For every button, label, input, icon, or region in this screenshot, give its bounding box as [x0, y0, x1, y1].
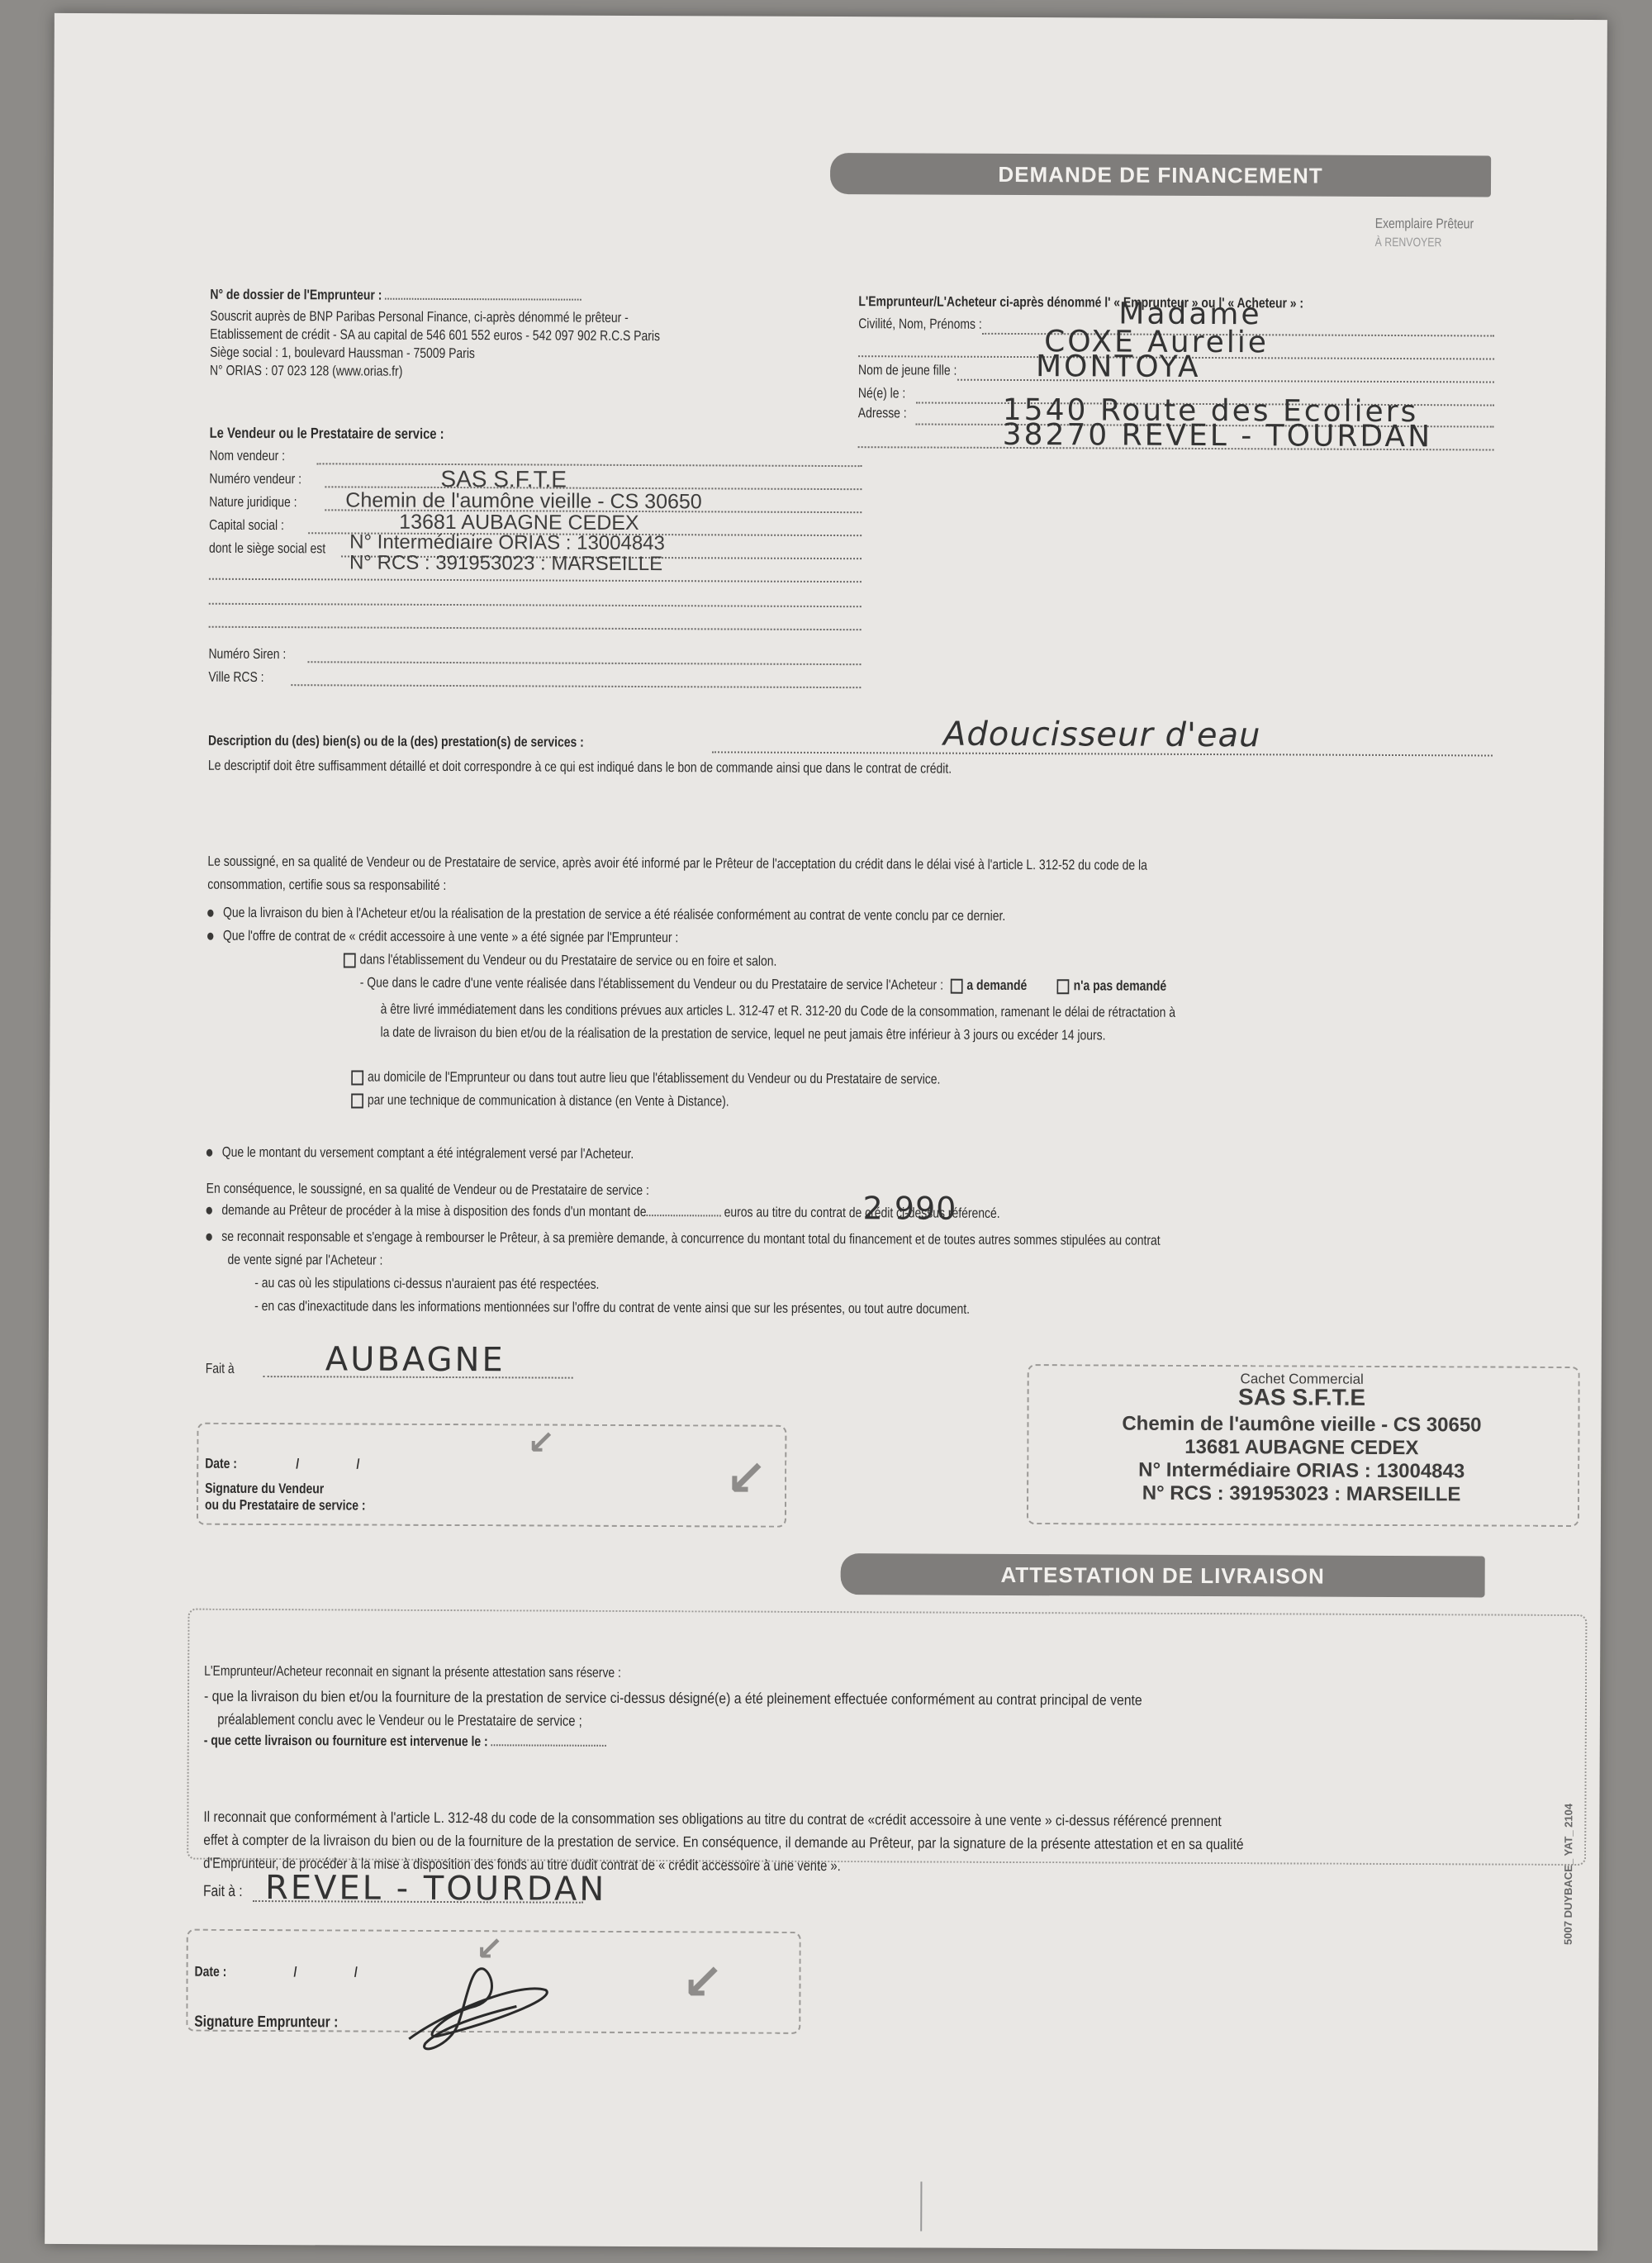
address-line2-value: 38270 REVEL - TOURDAN — [1003, 418, 1433, 454]
description-label: Description du (des) bien(s) ou de la (d… — [208, 733, 584, 751]
stamp-line-1: Chemin de l'aumône vieille - CS 30650 — [1027, 1412, 1576, 1438]
option-establishment: dans l'établissement du Vendeur ou du Pr… — [344, 951, 777, 969]
certification-bullet-payment: Que le montant du versement comptant a é… — [206, 1144, 634, 1162]
fold-mark — [920, 2182, 922, 2232]
copy-label: Exemplaire Prêteur — [1375, 216, 1474, 233]
delivery-date-label: Date : — [195, 1964, 227, 1980]
stamp-line-3: N° Intermédiaire ORIAS : 13004843 — [1027, 1458, 1576, 1484]
stamp-line-4: N° RCS : 391953023 : MARSEILLE — [1027, 1481, 1576, 1507]
delivery-title: ATTESTATION DE LIVRAISON — [1000, 1562, 1324, 1589]
checkbox-establishment[interactable] — [344, 953, 356, 967]
seller-date-value: / / — [296, 1456, 387, 1472]
sub-delivery-request: - Que dans le cadre d'une vente réalisée… — [360, 975, 1166, 995]
delivery-banner: ATTESTATION DE LIVRAISON — [841, 1553, 1485, 1597]
sign-here-arrow-icon: ↙ — [725, 1449, 767, 1507]
sign-here-arrow-icon: ↙ — [681, 1953, 724, 2011]
stamp-line-2: 13681 AUBAGNE CEDEX — [1027, 1435, 1576, 1461]
consequence-text: En conséquence, le soussigné, en sa qual… — [206, 1181, 649, 1199]
certification-intro: Le soussigné, en sa qualité de Vendeur o… — [207, 850, 1147, 901]
delivery-place-value: REVEL - TOURDAN — [265, 1869, 606, 1909]
seller-heading: Le Vendeur ou le Prestataire de service … — [210, 425, 444, 443]
delivery-item-1: - que la livraison du bien et/ou la four… — [204, 1685, 1081, 1735]
seller-rcs-value: N° RCS : 391953023 : MARSEILLE — [349, 551, 662, 576]
delivery-intro: L'Emprunteur/Acheteur reconnait en signa… — [204, 1663, 621, 1681]
document-title: DEMANDE DE FINANCEMENT — [998, 161, 1322, 188]
maiden-name-value: MONTOYA — [1036, 349, 1201, 384]
delivery-paragraph: Il reconnait que conformément à l'articl… — [203, 1805, 1194, 1879]
amount-value: 2 990 — [863, 1190, 957, 1226]
title-banner: DEMANDE DE FINANCEMENT — [830, 153, 1491, 197]
dossier-label: N° de dossier de l'Emprunteur : — [210, 287, 582, 305]
sign-here-arrow-icon: ↙ — [527, 1424, 555, 1462]
document-page: DEMANDE DE FINANCEMENT Exemplaire Prêteu… — [45, 13, 1607, 2251]
borrower-signature-label: Signature Emprunteur : — [194, 2013, 338, 2032]
seller-place-label: Fait à — [206, 1361, 235, 1377]
checkbox-asked[interactable] — [951, 978, 963, 993]
delivery-place-label: Fait à : — [203, 1883, 243, 1901]
delivery-item-2: - que cette livraison ou fourniture est … — [204, 1733, 606, 1751]
description-value: Adoucisseur d'eau — [943, 716, 1261, 755]
description-note: Le descriptif doit être suffisamment dét… — [208, 758, 952, 777]
responsibility-text: se reconnait responsable et s'engage à r… — [206, 1225, 1161, 1322]
seller-date-label: Date : — [205, 1456, 237, 1472]
seller-place-value: AUBAGNE — [325, 1340, 506, 1379]
margin-code: 5007 DUYBACE_ YAT_ 2104 — [1562, 1804, 1575, 1945]
return-label: À RENVOYER — [1375, 235, 1442, 250]
certification-bullet-signed: Que l'offre de contrat de « crédit acces… — [207, 928, 678, 946]
checkbox-home[interactable] — [351, 1070, 363, 1085]
borrower-signature — [392, 1965, 558, 2056]
delivery-date-value: / / — [294, 1964, 385, 1980]
sub-delivery-terms: à être livré immédiatement dans les cond… — [380, 998, 1175, 1048]
seller-signature-label: Signature du Vendeur ou du Prestataire d… — [205, 1481, 366, 1514]
lender-info: Souscrit auprès de BNP Paribas Personal … — [210, 307, 660, 382]
certification-bullet-delivery: Que la livraison du bien à l'Acheteur et… — [207, 905, 1005, 925]
checkbox-distance[interactable] — [351, 1093, 363, 1108]
option-home: au domicile de l'Emprunteur ou dans tout… — [351, 1068, 940, 1087]
checkbox-not-asked[interactable] — [1057, 979, 1070, 994]
stamp-company: SAS S.F.T.E — [1028, 1383, 1577, 1412]
option-distance: par une technique de communication à dis… — [351, 1091, 729, 1110]
seller-fields: Nom vendeur : Numéro vendeur : Nature ju… — [210, 448, 871, 450]
sign-here-arrow-icon: ↙ — [476, 1930, 504, 1968]
